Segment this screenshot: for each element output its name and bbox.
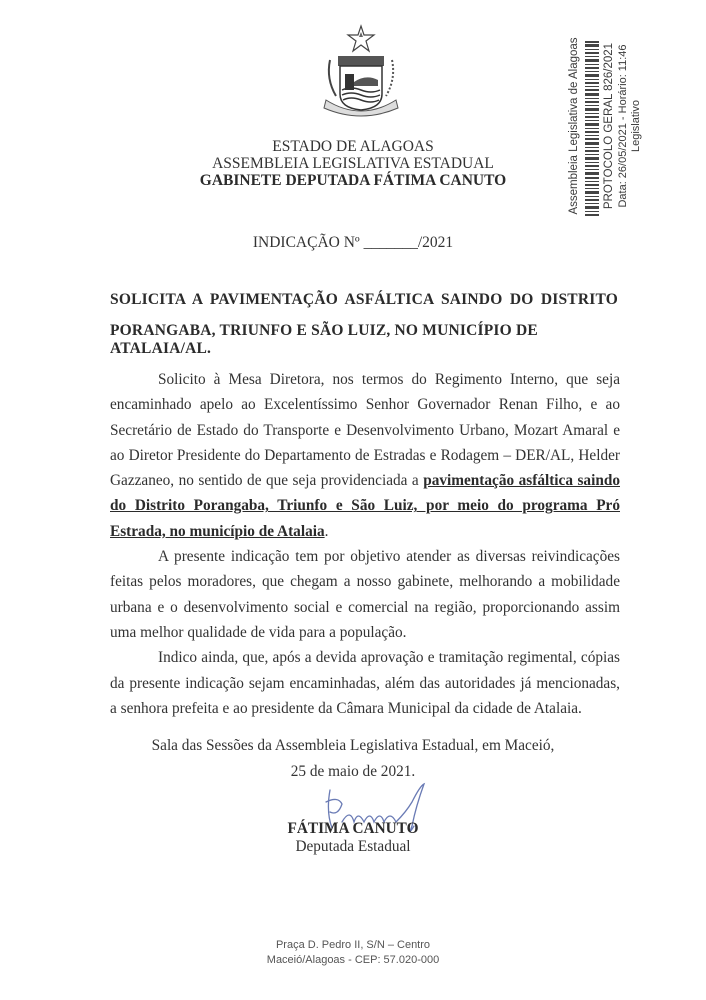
stamp-protocol-number: PROTOCOLO GERAL 826/2021 [603, 26, 615, 226]
stamp-department: Legislativo [630, 26, 642, 226]
footer-address-line2: Maceió/Alagoas - CEP: 57.020-000 [0, 954, 706, 966]
signer-role: Deputada Estadual [0, 838, 706, 856]
barcode-icon [585, 41, 599, 216]
document-body: Solicito à Mesa Diretora, nos termos do … [110, 367, 620, 721]
stamp-datetime: Data: 26/05/2021 - Horário: 11:46 [617, 26, 629, 226]
paragraph-request-end: . [325, 523, 329, 540]
coat-of-arms-icon [318, 24, 404, 124]
session-place: Sala das Sessões da Assembleia Legislati… [0, 737, 706, 755]
paragraph-forwarding: Indico ainda, que, após a devida aprovaç… [110, 645, 620, 721]
document-title-line1: SOLICITA A PAVIMENTAÇÃO ASFÁLTICA SAINDO… [110, 291, 618, 309]
document-title-line2: PORANGABA, TRIUNFO E SÃO LUIZ, NO MUNICÍ… [110, 322, 618, 358]
signer-name: FÁTIMA CANUTO [0, 820, 706, 838]
footer-address-line1: Praça D. Pedro II, S/N – Centro [0, 939, 706, 951]
document-date: 25 de maio de 2021. [0, 763, 706, 781]
paragraph-objective: A presente indicação tem por objetivo at… [110, 544, 620, 645]
indicacao-number: INDICAÇÃO Nº _______/2021 [0, 234, 706, 252]
protocol-stamp: Assembleia Legislativa de Alagoas [565, 26, 665, 226]
stamp-organization: Assembleia Legislativa de Alagoas [568, 26, 580, 226]
paragraph-request: Solicito à Mesa Diretora, nos termos do … [110, 367, 620, 544]
